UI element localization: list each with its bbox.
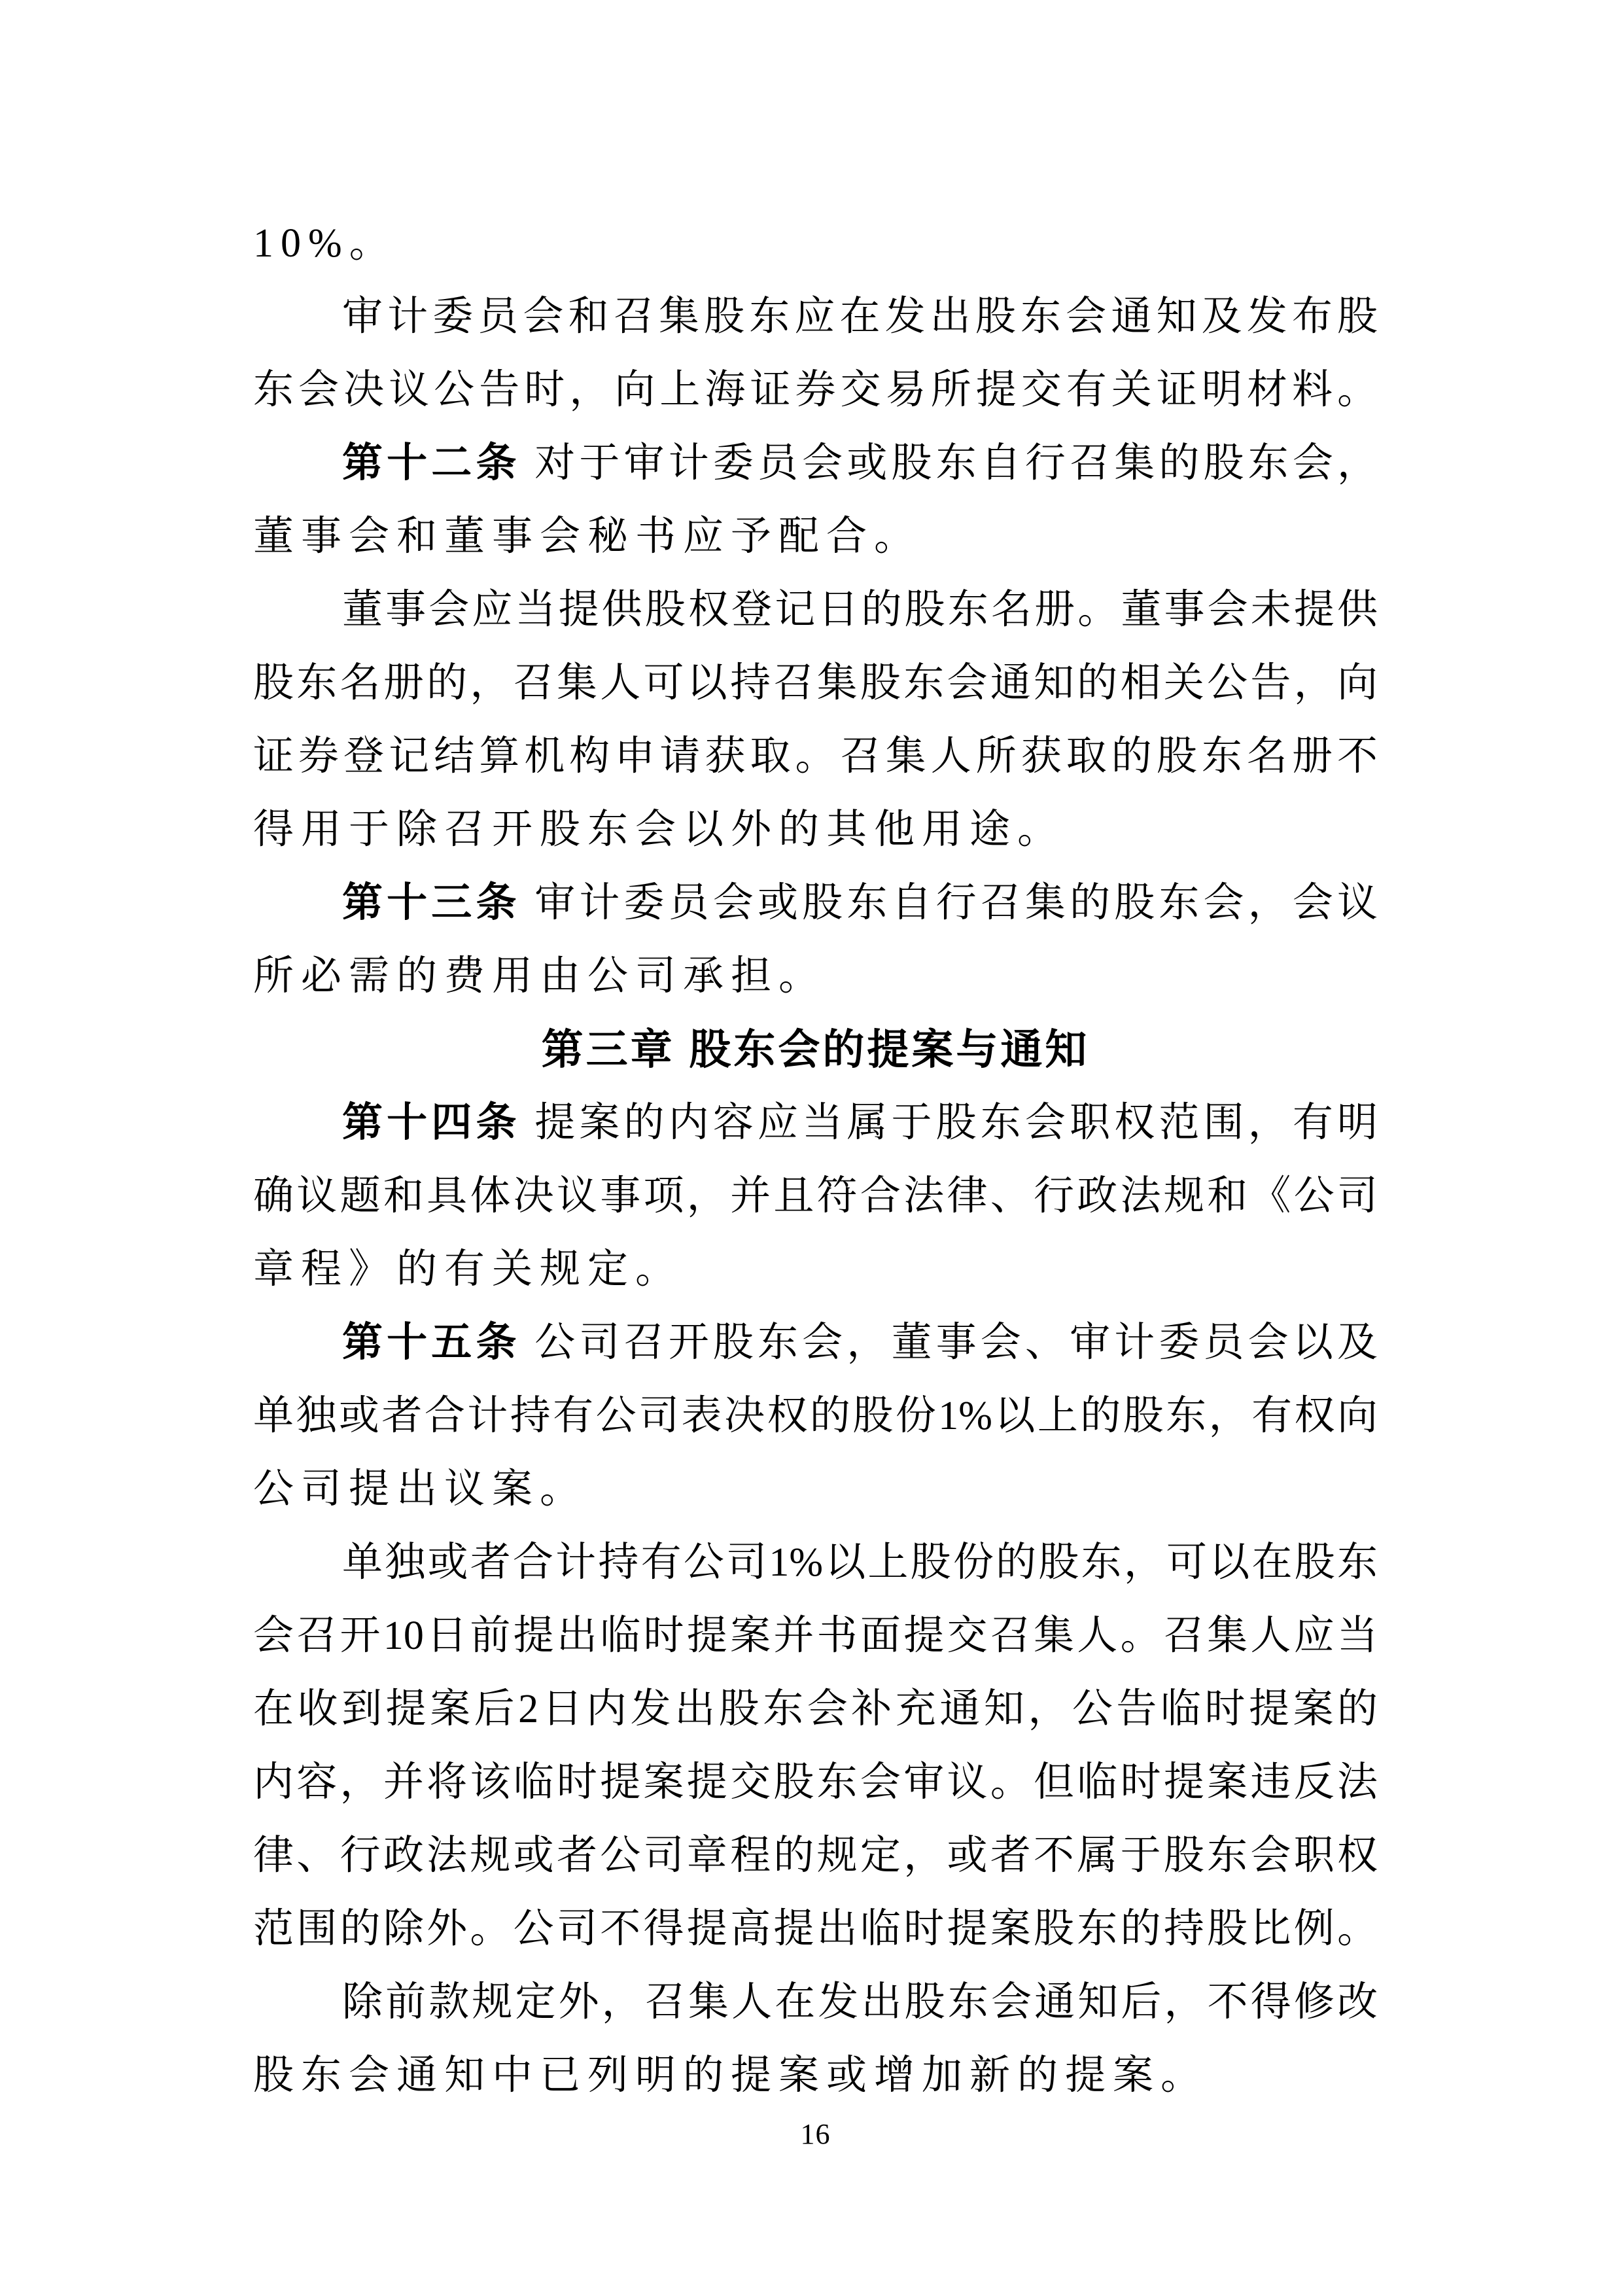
line-text: 公司提出议案。 — [253, 1467, 587, 1511]
line-text: 股东会通知中已列明的提案或增加新的提案。 — [253, 2053, 1208, 2098]
text-line: 公司提出议案。 — [253, 1453, 1378, 1526]
line-text: 除前款规定外，召集人在发出股东会通知后，不得修改 — [342, 1980, 1378, 2024]
line-text: 第三章 股东会的提案与通知 — [542, 1026, 1090, 1073]
line-text: 提案的内容应当属于股东会职权范围，有明 — [521, 1101, 1378, 1145]
line-text: 得用于除召开股东会以外的其他用途。 — [253, 807, 1065, 852]
text-line: 证券登记结算机构申请获取。召集人所获取的股东名册不 — [253, 720, 1378, 793]
article-number: 第十三条 — [342, 881, 521, 925]
line-text: 范围的除外。公司不得提高提出临时提案股东的持股比例。 — [253, 1907, 1378, 1951]
text-line: 第十五条 公司召开股东会，董事会、审计委员会以及 — [253, 1306, 1378, 1379]
line-text: 10%。 — [253, 221, 397, 266]
line-text: 内容，并将该临时提案提交股东会审议。但临时提案违反法 — [253, 1760, 1378, 1805]
line-text: 律、行政法规或者公司章程的规定，或者不属于股东会职权 — [253, 1833, 1378, 1878]
line-text: 董事会和董事会秘书应予配合。 — [253, 514, 922, 559]
line-text: 对于审计委员会或股东自行召集的股东会， — [521, 441, 1378, 486]
chapter-heading: 第三章 股东会的提案与通知 — [253, 1013, 1378, 1086]
line-text: 证券登记结算机构申请获取。召集人所获取的股东名册不 — [253, 734, 1378, 779]
text-line: 东会决议公告时，向上海证券交易所提交有关证明材料。 — [253, 353, 1378, 427]
line-text: 单独或者合计持有公司表决权的股份1%以上的股东，有权向 — [253, 1394, 1378, 1438]
text-line: 10%。 — [253, 207, 1378, 280]
line-text: 章程》的有关规定。 — [253, 1247, 683, 1292]
text-line: 审计委员会和召集股东应在发出股东会通知及发布股 — [253, 280, 1378, 353]
document-page: 10%。审计委员会和召集股东应在发出股东会通知及发布股东会决议公告时，向上海证券… — [0, 0, 1623, 2296]
line-text: 确议题和具体决议事项，并且符合法律、行政法规和《公司 — [253, 1174, 1378, 1218]
text-line: 第十二条 对于审计委员会或股东自行召集的股东会， — [253, 427, 1378, 500]
text-line: 股东会通知中已列明的提案或增加新的提案。 — [253, 2039, 1378, 2112]
line-text: 董事会应当提供股权登记日的股东名册。董事会未提供 — [342, 588, 1378, 632]
line-text: 所必需的费用由公司承担。 — [253, 954, 826, 998]
text-line: 董事会应当提供股权登记日的股东名册。董事会未提供 — [253, 573, 1378, 646]
line-text: 会召开10日前提出临时提案并书面提交召集人。召集人应当 — [253, 1614, 1378, 1658]
article-number: 第十五条 — [342, 1320, 521, 1365]
line-text: 公司召开股东会，董事会、审计委员会以及 — [521, 1320, 1378, 1365]
text-line: 所必需的费用由公司承担。 — [253, 940, 1378, 1013]
line-text: 单独或者合计持有公司1%以上股份的股东，可以在股东 — [342, 1540, 1378, 1585]
line-text: 东会决议公告时，向上海证券交易所提交有关证明材料。 — [253, 368, 1378, 412]
text-line: 第十四条 提案的内容应当属于股东会职权范围，有明 — [253, 1086, 1378, 1159]
text-line: 确议题和具体决议事项，并且符合法律、行政法规和《公司 — [253, 1159, 1378, 1233]
line-text: 在收到提案后2日内发出股东会补充通知，公告临时提案的 — [253, 1687, 1378, 1731]
text-line: 单独或者合计持有公司1%以上股份的股东，可以在股东 — [253, 1526, 1378, 1599]
text-line: 单独或者合计持有公司表决权的股份1%以上的股东，有权向 — [253, 1379, 1378, 1453]
text-line: 股东名册的，召集人可以持召集股东会通知的相关公告，向 — [253, 646, 1378, 720]
text-line: 第十三条 审计委员会或股东自行召集的股东会，会议 — [253, 866, 1378, 940]
line-text: 股东名册的，召集人可以持召集股东会通知的相关公告，向 — [253, 661, 1378, 705]
text-line: 律、行政法规或者公司章程的规定，或者不属于股东会职权 — [253, 1819, 1378, 1892]
text-line: 得用于除召开股东会以外的其他用途。 — [253, 793, 1378, 866]
text-line: 会召开10日前提出临时提案并书面提交召集人。召集人应当 — [253, 1599, 1378, 1672]
line-text: 审计委员会或股东自行召集的股东会，会议 — [521, 881, 1378, 925]
text-line: 在收到提案后2日内发出股东会补充通知，公告临时提案的 — [253, 1672, 1378, 1746]
article-number: 第十二条 — [342, 441, 521, 486]
line-text: 审计委员会和召集股东应在发出股东会通知及发布股 — [342, 294, 1378, 339]
text-line: 董事会和董事会秘书应予配合。 — [253, 500, 1378, 573]
text-column: 10%。审计委员会和召集股东应在发出股东会通知及发布股东会决议公告时，向上海证券… — [253, 207, 1378, 2112]
text-line: 章程》的有关规定。 — [253, 1233, 1378, 1306]
article-number: 第十四条 — [342, 1101, 521, 1145]
text-line: 内容，并将该临时提案提交股东会审议。但临时提案违反法 — [253, 1746, 1378, 1819]
page-number: 16 — [253, 2115, 1378, 2154]
text-line: 除前款规定外，召集人在发出股东会通知后，不得修改 — [253, 1966, 1378, 2039]
text-line: 范围的除外。公司不得提高提出临时提案股东的持股比例。 — [253, 1892, 1378, 1966]
